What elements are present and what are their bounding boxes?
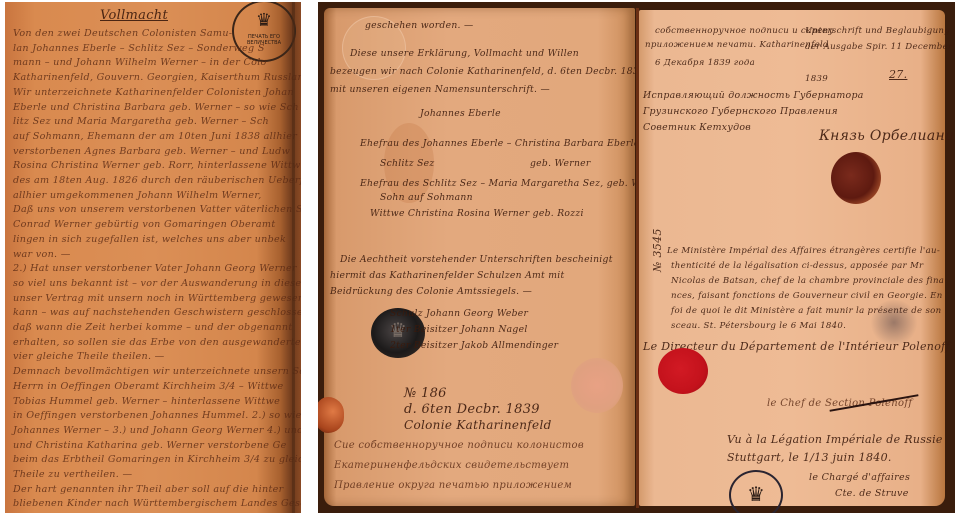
russian-signature: Князь Орбелиани: [819, 128, 954, 144]
handwritten-line: und Christina Katharina geb. Werner vers…: [13, 440, 287, 451]
handwritten-line: auf Sohmann, Ehemann der am 10ten Juni 1…: [13, 131, 297, 142]
handwritten-line: Сие собственноручное подписи колонистов: [334, 440, 584, 451]
handwritten-line: Грузинского Губернского Правления: [643, 106, 838, 117]
handwritten-line: beim das Erbtheil Gomaringen in Kirchhei…: [13, 454, 301, 465]
handwritten-line: Schulz Johann Georg Weber: [390, 308, 528, 319]
handwritten-line: geb. Werner: [530, 158, 591, 169]
handwritten-line: unser Vertrag mit unsern noch in Württem…: [13, 293, 301, 304]
handwritten-line: Schlitz Sez: [380, 158, 435, 169]
registration-place: Colonie Katharinenfeld: [404, 418, 552, 432]
handwritten-line: Cte. de Struve: [835, 488, 909, 499]
handwritten-line: kann – was auf nachstehenden Geschwister…: [13, 307, 301, 318]
handwritten-line: nces, faisant fonctions de Gouverneur ci…: [671, 291, 943, 301]
handwritten-line: daß wann die Zeit herbei komme – und der…: [13, 322, 293, 333]
handwritten-line: mann – und Johann Wilhelm Werner – in de…: [13, 57, 267, 68]
handwritten-line: Von den zwei Deutschen Colonisten Samu-: [13, 28, 232, 39]
handwritten-line: Ehefrau des Schlitz Sez – Maria Margaret…: [360, 178, 667, 189]
handwritten-line: thenticité de la légalisation ci-dessus,…: [671, 261, 923, 271]
handwritten-line: Sohn auf Sohmann: [380, 192, 473, 203]
handwritten-line: Tobias Hummel geb. Werner – hinterlassen…: [13, 396, 280, 407]
handwritten-line: 2ter Beisitzer Jakob Allmendinger: [390, 340, 558, 351]
binding-edge: [292, 2, 295, 513]
handwritten-line: sceau. St. Pétersbourg le 6 Mai 1840.: [671, 321, 846, 331]
handwritten-line: приложением печати. Katharinenfeld: [645, 40, 829, 50]
ink-smudge: [869, 300, 919, 345]
handwritten-line: Der hart genannten ihr Theil aber soll a…: [13, 484, 284, 495]
handwritten-line: Johannes Eberle: [420, 108, 501, 119]
handwritten-line: Demnach bevollmächtigen wir unterzeichne…: [13, 366, 301, 377]
handwritten-line: 1ter Beisitzer Johann Nagel: [390, 324, 528, 335]
handwritten-line: Johannes Werner – 3.) und Johann Georg W…: [13, 425, 301, 436]
handwritten-line: litz Sez und Maria Margaretha geb. Werne…: [13, 116, 269, 127]
handwritten-line: 1839: [805, 74, 828, 84]
page-number: 27.: [889, 68, 907, 81]
handwritten-line: in Oeffingen verstorbenen Johannes Humme…: [13, 410, 301, 421]
red-wax-seal: [658, 348, 708, 394]
double-headed-eagle-icon: ♛: [741, 482, 771, 506]
handwritten-line: verstorbenen Agnes Barbara geb. Werner –…: [13, 146, 290, 157]
handwritten-line: Eberle und Christina Barbara geb. Werner…: [13, 102, 299, 113]
handwritten-line: Theile zu vertheilen. —: [13, 469, 132, 480]
handwritten-line: Diese unsere Erklärung, Vollmacht und Wi…: [350, 48, 579, 59]
handwritten-line: Herrn in Oeffingen Oberamt Kirchheim 3/4…: [13, 381, 284, 392]
faded-seal: [571, 358, 623, 413]
handwritten-line: le Chargé d'affaires: [809, 472, 910, 483]
handwritten-line: Wir unterzeichnete Katharinenfelder Colo…: [13, 87, 294, 98]
handwritten-line: Die Aechtheit vorstehender Unterschrifte…: [340, 254, 613, 265]
handwritten-line: allhier umgekommenen Johann Wilhelm Wern…: [13, 190, 262, 201]
handwritten-line: Unterschrift und Beglaubigung: [805, 26, 950, 36]
handwritten-line: des am 18ten Aug. 1826 durch den räuberi…: [13, 175, 301, 186]
handwritten-line: Conrad Werner gebürtig von Gomaringen Ob…: [13, 219, 275, 230]
photo-left-document: Vollmacht ♛ ПЕЧАТЬ ЕГО ВЕЛИЧЕСТВА Von de…: [5, 2, 301, 513]
handwritten-line: geschehen worden. —: [365, 20, 473, 31]
handwritten-line: Исправляющий должность Губернатора: [643, 90, 864, 101]
handwritten-line: Daß uns von unserem verstorbenen Vatter …: [13, 204, 301, 215]
photo-right-register: ♛ geschehen worden. —Diese unsere Erklär…: [318, 2, 955, 513]
legation-stamp: ♛: [729, 470, 783, 513]
double-headed-eagle-icon: ♛: [244, 10, 284, 31]
handwritten-line: Правление округа печатью приложением: [334, 480, 572, 491]
handwritten-line: mit unseren eigenen Namensunterschrift. …: [330, 84, 550, 95]
handwritten-line: lingen in sich zugefallen ist, welches u…: [13, 234, 286, 245]
handwritten-line: Vu à la Légation Impériale de Russie: [727, 433, 943, 446]
handwritten-line: Екатериненфельдских свидетельствует: [334, 460, 569, 471]
register-left-page: ♛ geschehen worden. —Diese unsere Erklär…: [324, 8, 635, 506]
handwritten-line: so viel uns bekannt ist – vor der Auswan…: [13, 278, 301, 289]
handwritten-line: Stuttgart, le 1/13 juin 1840.: [727, 451, 892, 464]
handwritten-line: lan Johannes Eberle – Schlitz Sez – Sond…: [13, 43, 265, 54]
side-registry-number: № 3545: [651, 228, 664, 272]
registration-date: d. 6ten Decbr. 1839: [404, 402, 540, 417]
handwritten-line: Ehefrau des Johannes Eberle – Christina …: [360, 138, 640, 149]
handwritten-line: war von. —: [13, 249, 71, 260]
handwritten-line: bezeugen wir nach Colonie Katharinenfeld…: [330, 66, 645, 77]
handwritten-line: Nicolas de Batsan, chef de la chambre pr…: [671, 276, 944, 286]
handwritten-line: Katharinenfeld, Gouvern. Georgien, Kaise…: [13, 72, 301, 83]
handwritten-line: hiermit das Katharinenfelder Schulzen Am…: [330, 270, 565, 281]
register-right-page: собственноручное подписи и скрепуприложе…: [639, 10, 945, 506]
handwritten-line: bliebenen Kinder nach Württembergischem …: [13, 498, 301, 509]
handwritten-line: erhalten, so sollen sie das Erbe von den…: [13, 337, 301, 348]
handwritten-line: Советник Кетхудов: [643, 122, 751, 133]
handwritten-line: vier gleiche Theile theilen. —: [13, 351, 165, 362]
registration-number: № 186: [404, 386, 447, 401]
handwritten-line: Rosina Christina Werner geb. Rorr, hinte…: [13, 160, 301, 171]
thumb-holding-page: [318, 397, 344, 433]
document-title: Vollmacht: [100, 8, 168, 23]
handwritten-line: der Ausgabe Spir. 11 December: [805, 42, 952, 52]
handwritten-line: Wittwe Christina Rosina Werner geb. Rozz…: [370, 208, 584, 219]
handwritten-line: 6 Декабря 1839 года: [655, 58, 755, 68]
handwritten-line: Beidrückung des Colonie Amtssiegels. —: [330, 286, 532, 297]
handwritten-line: 2.) Hat unser verstorbener Vater Johann …: [13, 263, 297, 274]
dark-wax-seal: [831, 152, 881, 204]
handwritten-line: Le Ministère Impérial des Affaires étran…: [667, 246, 940, 256]
